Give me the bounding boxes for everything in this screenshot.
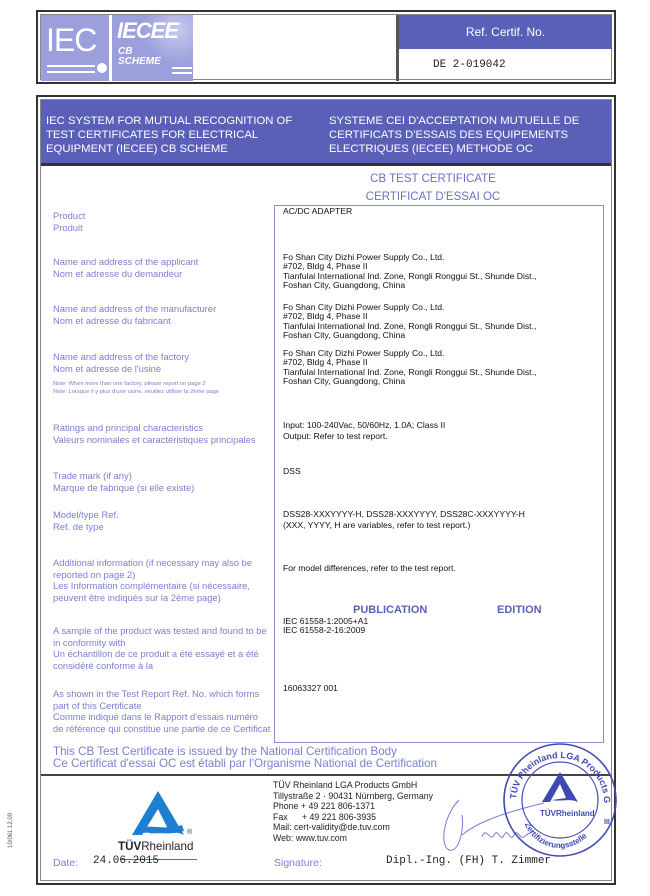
label-ratings: Ratings and principal characteristics Va… [53,422,271,445]
iec-logo-text: IEC [46,22,96,59]
certification-stamp: TÜV Rheinland LGA Products GmbH Zertifiz… [500,740,618,858]
cb-fax: Fax + 49 221 806-3935 [273,812,433,823]
scheme-title-en: IEC SYSTEM FOR MUTUAL RECOGNITION OF TES… [46,114,316,156]
label-test-report: As shown in the Test Report Ref. No. whi… [53,688,271,734]
iec-logo-dot [97,63,107,73]
svg-text:TÜVRheinland: TÜVRheinland [540,809,595,818]
factory-note: Note: When more than one factory, please… [53,380,271,396]
label-trade-mark: Trade mark (if any) Marque de fabrique (… [53,470,271,493]
label-conformity: A sample of the product was tested and f… [53,625,271,671]
ref-certif-number: DE 2-019042 [399,49,612,71]
cb-web[interactable]: Web: www.tuv.com [273,833,433,844]
logo-block: IEC IECEE CB SCHEME [41,15,193,81]
cb-mail[interactable]: Mail: cert-validity@de.tuv.com [273,822,433,833]
signature-label: Signature: [274,857,322,869]
ref-certif-label: Ref. Certif. No. [399,15,612,49]
value-trade-mark: DSS [283,467,603,476]
date-value: 24.06.2015 [93,855,159,867]
iecee-logo-text: IECEE [117,18,178,44]
registered-mark: ® [187,829,192,836]
cb-street: Tillystraße 2 · 90431 Nürnberg, Germany [273,791,433,802]
issued-by-fr: Ce Certificat d'essai OC est établi par … [53,758,437,770]
iecee-cb-scheme-logo: IECEE CB SCHEME [112,15,193,81]
form-code: 10/061 12.09 [8,813,14,848]
scheme-title-fr: SYSTEME CEI D'ACCEPTATION MUTUELLE DE CE… [329,114,609,156]
value-standards: IEC 61558-1:2005+A1 IEC 61558-2-16:2009 [283,617,603,636]
certification-body-address: TÜV Rheinland LGA Products GmbH Tillystr… [273,780,433,844]
cb-name: TÜV Rheinland LGA Products GmbH [273,780,433,791]
label-additional-info: Additional information (if necessary may… [53,557,271,603]
date-label: Date: [53,857,78,869]
logo-scheme-text: SCHEME [118,57,161,67]
label-manufacturer: Name and address of the manufacturer Nom… [53,303,271,326]
iec-logo: IEC [41,15,112,81]
label-model: Model/type Ref. Ref. de type [53,509,271,532]
tuv-brand-text: TÜVRheinland [118,840,193,853]
value-applicant: Fo Shan City Dizhi Power Supply Co., Ltd… [283,253,603,290]
certificate-header: IEC IECEE CB SCHEME Ref. Certif. No. DE … [36,10,616,84]
svg-text:III: III [604,819,610,826]
value-additional-info: For model differences, refer to the test… [283,564,603,573]
svg-text:TÜV Rheinland LGA Products Gmb: TÜV Rheinland LGA Products GmbH [500,740,612,803]
label-applicant: Name and address of the applicant Nom et… [53,256,271,279]
value-ratings: Input: 100-240Vac, 50/60Hz, 1.0A; Class … [283,420,603,442]
publication-header: PUBLICATION [353,604,427,616]
value-factory: Fo Shan City Dizhi Power Supply Co., Ltd… [283,349,603,386]
cert-title-fr: CERTIFICAT D'ESSAI OC [278,191,588,203]
value-model: DSS28-XXXYYYY-H, DSS28-XXXYYYY, DSS28C-X… [283,509,603,531]
cert-title-en: CB TEST CERTIFICATE [278,173,588,185]
value-manufacturer: Fo Shan City Dizhi Power Supply Co., Ltd… [283,303,603,340]
value-product: AC/DC ADAPTER [283,207,603,216]
label-factory: Name and address of the factory Nom et a… [53,351,271,374]
scheme-title-band: IEC SYSTEM FOR MUTUAL RECOGNITION OF TES… [41,100,611,163]
iec-logo-lines [47,65,95,73]
reference-certificate-block: Ref. Certif. No. DE 2-019042 [396,15,612,81]
value-test-report: 16063327 001 [283,684,603,693]
label-product: Product Produit [53,210,271,233]
cb-phone: Phone + 49 221 806-1371 [273,801,433,812]
band-divider [41,163,611,166]
svg-text:Zertifizierungsstelle: Zertifizierungsstelle [523,821,589,850]
edition-header: EDITION [497,604,542,616]
tuv-triangle-icon [128,789,188,841]
